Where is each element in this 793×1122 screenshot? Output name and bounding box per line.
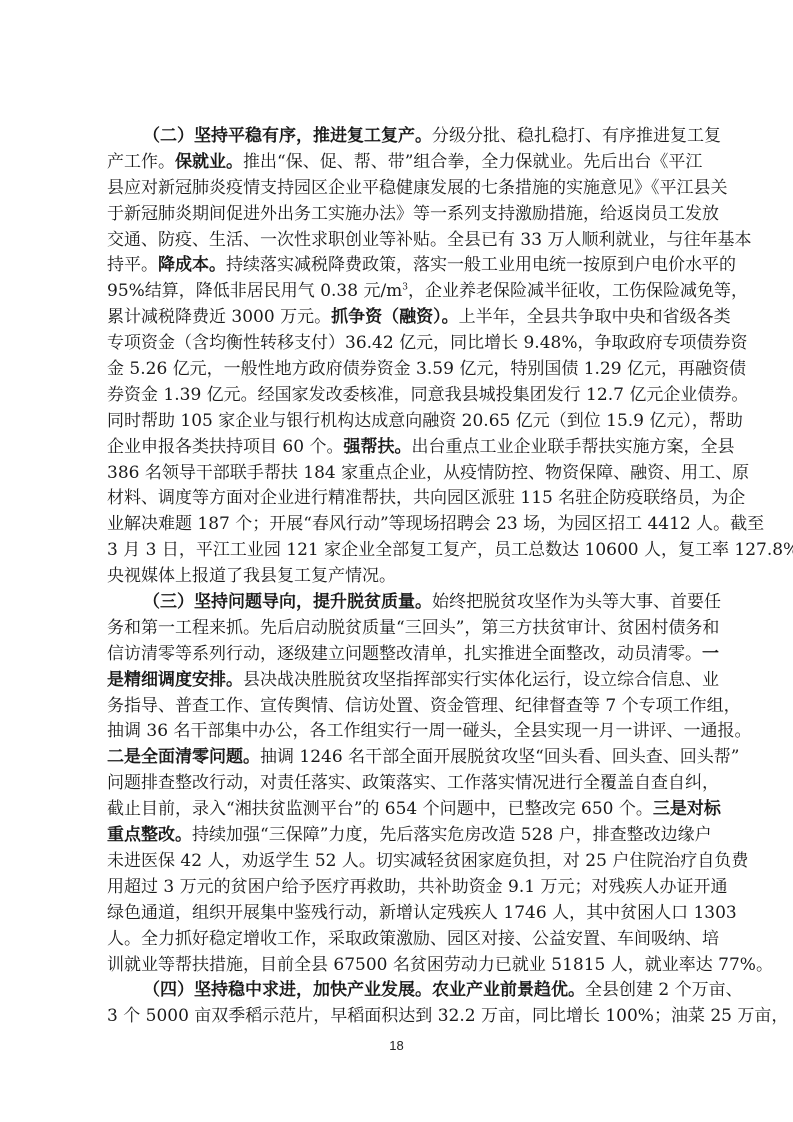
text-run: 企业申报各类扶持项目 60 个。 [107,437,343,457]
text-line: 业解决难题 187 个；开展“春风行动”等现场招聘会 23 场，为园区招工 44… [107,512,687,538]
bold-run: 二是全面清零问题。 [107,747,260,767]
text-line: 用超过 3 万元的贫困户给予医疗再救助，共补助资金 9.1 万元；对残疾人办证开… [107,875,687,901]
bold-run: 三是对标 [653,799,721,819]
text-line: 问题排查整改行动，对责任落实、政策落实、工作落实情况进行全覆盖自查自纠， [107,771,687,797]
text-line: 产工作。保就业。推出“保、促、帮、带”组合拳，全力保就业。先后出台《平江 [107,150,687,176]
bold-run: （三）坚持问题导向，提升脱贫质量。 [143,592,432,612]
text-run: 截止目前，录入“湘扶贫监测平台”的 654 个问题中，已整改完 650 个。 [107,799,653,819]
paragraph-section-3: （三）坚持问题导向，提升脱贫质量。始终把脱贫攻坚作为头等大事、首要任务和第一工程… [107,590,687,978]
text-run: 专项资金（含均衡性转移支付）36.42 亿元，同比增长 9.48%，争取政府专项… [107,333,747,353]
document-page: （二）坚持平稳有序，推进复工复产。分级分批、稳扎稳打、有序推进复工复产工作。保就… [0,0,793,1122]
text-run: 始终把脱贫攻坚作为头等大事、首要任 [432,592,721,612]
text-run: 同时帮助 105 家企业与银行机构达成意向融资 20.65 亿元（到位 15.9… [107,411,743,431]
text-run: 于新冠肺炎期间促进外出务工实施办法》等一系列支持激励措施，给返岗员工发放 [107,204,719,224]
text-line: 抽调 36 名干部集中办公，各工作组实行一周一碰头，全县实现一月一讲评、一通报。 [107,719,687,745]
bold-run: 一 [702,644,719,664]
text-run: 务指导、普查工作、宣传舆情、信访处置、资金管理、纪律督查等 7 个专项工作组， [107,696,741,716]
body-text: （二）坚持平稳有序，推进复工复产。分级分批、稳扎稳打、有序推进复工复产工作。保就… [107,124,687,1030]
text-line: 截止目前，录入“湘扶贫监测平台”的 654 个问题中，已整改完 650 个。三是… [107,797,687,823]
text-run: 用超过 3 万元的贫困户给予医疗再救助，共补助资金 9.1 万元；对残疾人办证开… [107,877,727,897]
text-line: 386 名领导干部联手帮扶 184 家重点企业，从疫情防控、物资保障、融资、用工… [107,461,687,487]
bold-run: 强帮扶。 [343,437,411,457]
text-run: 人。全力抓好稳定增收工作，采取政策激励、园区对接、公益安置、车间吸纳、培 [107,929,719,949]
paragraph-section-2: （二）坚持平稳有序，推进复工复产。分级分批、稳扎稳打、有序推进复工复产工作。保就… [107,124,687,590]
text-line: （二）坚持平稳有序，推进复工复产。分级分批、稳扎稳打、有序推进复工复 [107,124,687,150]
text-run: 持续加强“三保障”力度，先后落实危房改造 528 户，排查整改边缘户 [192,825,712,845]
text-run: 金 5.26 亿元，一般性地方政府债券资金 3.59 亿元，特别国债 1.29 … [107,359,746,379]
text-run: 抽调 36 名干部集中办公，各工作组实行一周一碰头，全县实现一月一讲评、一通报。 [107,721,751,741]
text-line: 企业申报各类扶持项目 60 个。强帮扶。出台重点工业企业联手帮扶实施方案，全县 [107,435,687,461]
text-run: 务和第一工程来抓。先后启动脱贫质量“三回头”，第三方扶贫审计、贫困村债务和 [107,618,719,638]
text-line: 于新冠肺炎期间促进外出务工实施办法》等一系列支持激励措施，给返岗员工发放 [107,202,687,228]
bold-run: 保就业。 [175,152,243,172]
text-run: 3 月 3 日，平江工业园 121 家企业全部复工复产，员工总数达 10600 … [107,540,793,560]
text-line: 专项资金（含均衡性转移支付）36.42 亿元，同比增长 9.48%，争取政府专项… [107,331,687,357]
text-line: 县应对新冠肺炎疫情支持园区企业平稳健康发展的七条措施的实施意见》《平江县关 [107,176,687,202]
text-line: 95%结算，降低非居民用气 0.38 元/m3，企业养老保险减半征收，工伤保险减… [107,279,687,305]
text-line: 绿色通道，组织开展集中鉴残行动，新增认定残疾人 1746 人，其中贫困人口 13… [107,901,687,927]
text-line: 3 个 5000 亩双季稻示范片，早稻面积达到 32.2 万亩，同比增长 100… [107,1004,687,1030]
text-line: 央视媒体上报道了我县复工复产情况。 [107,564,687,590]
text-line: 信访清零等系列行动，逐级建立问题整改清单，扎实推进全面整改，动员清零。一 [107,642,687,668]
text-run: 全县创建 2 个万亩、 [585,980,743,1000]
text-run: 累计减税降费近 3000 万元。 [107,307,331,327]
text-line: 务指导、普查工作、宣传舆情、信访处置、资金管理、纪律督查等 7 个专项工作组， [107,694,687,720]
text-line: 人。全力抓好稳定增收工作，采取政策激励、园区对接、公益安置、车间吸纳、培 [107,927,687,953]
text-run: 央视媒体上报道了我县复工复产情况。 [107,566,396,586]
text-run: 县决战决胜脱贫攻坚指挥部实行实体化运行，设立综合信息、业 [243,670,719,690]
text-run: 抽调 1246 名干部全面开展脱贫攻坚“回头看、回头查、回头帮” [260,747,739,767]
text-run: 3 个 5000 亩双季稻示范片，早稻面积达到 32.2 万亩，同比增长 100… [107,1006,788,1026]
text-line: 未进医保 42 人，劝返学生 52 人。切实减轻贫困家庭负担，对 25 户住院治… [107,849,687,875]
text-line: 是精细调度安排。县决战决胜脱贫攻坚指挥部实行实体化运行，设立综合信息、业 [107,668,687,694]
text-run: 未进医保 42 人，劝返学生 52 人。切实减轻贫困家庭负担，对 25 户住院治… [107,851,748,871]
text-run: 券资金 1.39 亿元。经国家发改委核准，同意我县城投集团发行 12.7 亿元企… [107,385,748,405]
text-run: 信访清零等系列行动，逐级建立问题整改清单，扎实推进全面整改，动员清零。 [107,644,702,664]
text-run: 95%结算，降低非居民用气 0.38 元/m [107,281,402,301]
text-line: 务和第一工程来抓。先后启动脱贫质量“三回头”，第三方扶贫审计、贫困村债务和 [107,616,687,642]
text-line: 材料、调度等方面对企业进行精准帮扶，共向园区派驻 115 名驻企防疫联络员，为企 [107,486,687,512]
text-run: 推出“保、促、帮、带”组合拳，全力保就业。先后出台《平江 [243,152,702,172]
text-line: 重点整改。持续加强“三保障”力度，先后落实危房改造 528 户，排查整改边缘户 [107,823,687,849]
text-line: （四）坚持稳中求进，加快产业发展。农业产业前景趋优。全县创建 2 个万亩、 [107,978,687,1004]
text-run: 业解决难题 187 个；开展“春风行动”等现场招聘会 23 场，为园区招工 44… [107,514,764,534]
bold-run: （二）坚持平稳有序，推进复工复产。 [143,126,432,146]
bold-run: 降成本。 [158,255,226,275]
text-run: 持续落实减税降费政策，落实一般工业用电统一按原到户电价水平的 [226,255,736,275]
text-run: 持平。 [107,255,158,275]
text-line: 同时帮助 105 家企业与银行机构达成意向融资 20.65 亿元（到位 15.9… [107,409,687,435]
page-number: 18 [0,1038,793,1053]
text-run: 绿色通道，组织开展集中鉴残行动，新增认定残疾人 1746 人，其中贫困人口 13… [107,903,737,923]
text-run: 材料、调度等方面对企业进行精准帮扶，共向园区派驻 115 名驻企防疫联络员，为企 [107,488,745,508]
text-line: 3 月 3 日，平江工业园 121 家企业全部复工复产，员工总数达 10600 … [107,538,687,564]
text-line: 券资金 1.39 亿元。经国家发改委核准，同意我县城投集团发行 12.7 亿元企… [107,383,687,409]
text-run: ，企业养老保险减半征收，工伤保险减免等， [408,281,748,301]
bold-run: （四）坚持稳中求进，加快产业发展。农业产业前景趋优。 [143,980,585,1000]
text-run: 训就业等帮扶措施，目前全县 67500 名贫困劳动力已就业 51815 人，就业… [107,955,773,975]
text-line: 累计减税降费近 3000 万元。抓争资（融资）。上半年，全县共争取中央和省级各类 [107,305,687,331]
text-run: 产工作。 [107,152,175,172]
bold-run: 抓争资（融资）。 [331,307,459,327]
text-run: 上半年，全县共争取中央和省级各类 [459,307,731,327]
text-line: 训就业等帮扶措施，目前全县 67500 名贫困劳动力已就业 51815 人，就业… [107,953,687,979]
text-run: 分级分批、稳扎稳打、有序推进复工复 [432,126,721,146]
bold-run: 重点整改。 [107,825,192,845]
text-run: 386 名领导干部联手帮扶 184 家重点企业，从疫情防控、物资保障、融资、用工… [107,463,749,483]
text-run: 县应对新冠肺炎疫情支持园区企业平稳健康发展的七条措施的实施意见》《平江县关 [107,178,728,198]
text-line: 二是全面清零问题。抽调 1246 名干部全面开展脱贫攻坚“回头看、回头查、回头帮… [107,745,687,771]
bold-run: 是精细调度安排。 [107,670,243,690]
text-line: 持平。降成本。持续落实减税降费政策，落实一般工业用电统一按原到户电价水平的 [107,253,687,279]
text-run: 交通、防疫、生活、一次性求职创业等补贴。全县已有 33 万人顺利就业，与往年基本 [107,230,751,250]
text-run: 出台重点工业企业联手帮扶实施方案，全县 [411,437,734,457]
text-run: 问题排查整改行动，对责任落实、政策落实、工作落实情况进行全覆盖自查自纠， [107,773,719,793]
text-line: 交通、防疫、生活、一次性求职创业等补贴。全县已有 33 万人顺利就业，与往年基本 [107,228,687,254]
paragraph-section-4: （四）坚持稳中求进，加快产业发展。农业产业前景趋优。全县创建 2 个万亩、3 个… [107,978,687,1030]
text-line: （三）坚持问题导向，提升脱贫质量。始终把脱贫攻坚作为头等大事、首要任 [107,590,687,616]
text-line: 金 5.26 亿元，一般性地方政府债券资金 3.59 亿元，特别国债 1.29 … [107,357,687,383]
